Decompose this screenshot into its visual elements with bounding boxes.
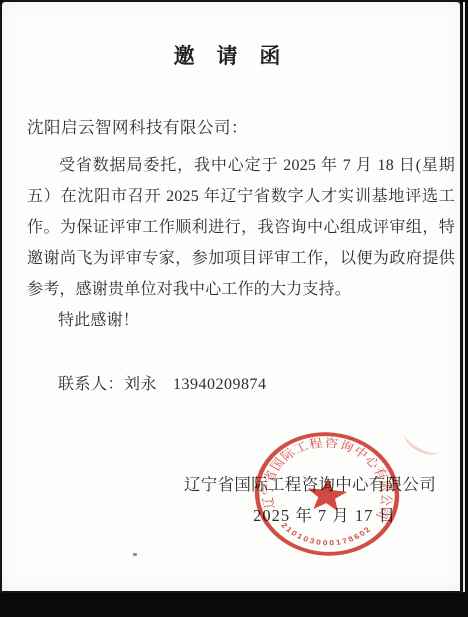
ink-smudge	[401, 425, 443, 460]
letter-page: 邀 请 函 沈阳启云智网科技有限公司： 受省数据局委托，我中心定于 2025 年…	[0, 0, 462, 593]
recipient-line: 沈阳启云智网科技有限公司：	[27, 114, 248, 138]
letter-body: 受省数据局委托，我中心定于 2025 年 7 月 18 日(星期 五）在沈阳市召…	[27, 150, 455, 336]
body-line: 受省数据局委托，我中心定于 2025 年 7 月 18 日(星期	[27, 150, 455, 181]
letter-title: 邀 请 函	[2, 40, 460, 70]
seal-ring-text: 辽宁省国际工程咨询中心有限公司	[258, 431, 399, 522]
body-line: 作。为保证评审工作顺利进行，我咨询中心组成评审组，特	[27, 212, 455, 243]
body-line: 参考，感谢贵单位对我中心工作的大力支持。	[27, 274, 455, 305]
contact-label: 联系人：	[58, 376, 124, 393]
closing-line: 特此感谢！	[27, 305, 455, 336]
scanned-letter-screenshot: { "letter": { "title": "邀 请 函", "recipie…	[0, 0, 468, 617]
contact-line: 联系人：刘永13940209874	[58, 371, 267, 394]
scan-speck	[133, 553, 137, 556]
scan-edge-sliver	[463, 2, 465, 592]
contact-phone: 13940209874	[173, 376, 267, 393]
body-line: 邀谢尚飞为评审专家，参加项目评审工作，以便为政府提供	[27, 243, 455, 274]
contact-name: 刘永	[124, 376, 157, 393]
official-seal-stamp: 辽宁省国际工程咨询中心有限公司 210103000178602	[247, 424, 408, 565]
body-line: 五）在沈阳市召开 2025 年辽宁省数字人才实训基地评选工	[27, 181, 455, 212]
seal-star-icon	[306, 476, 349, 512]
